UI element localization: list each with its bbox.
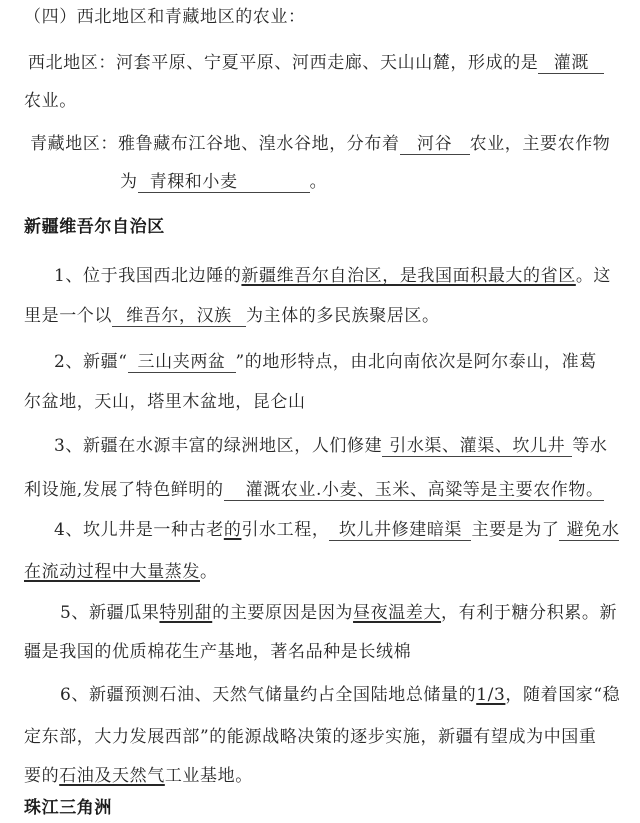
text: 为主体的多民族聚居区。: [246, 306, 440, 326]
text: 。这: [576, 266, 611, 286]
answer-blank: 避免水: [559, 520, 619, 541]
answer-blank: 河谷: [400, 134, 470, 155]
text: 2、新疆“: [54, 352, 128, 372]
answer-blank: 引水渠、灌渠、坎儿井: [382, 436, 572, 457]
item-4-cont: 在流动过程中大量蒸发。: [24, 561, 218, 583]
qingzang-line-cont: 为青稞和小麦。: [120, 171, 327, 193]
underlined-answer: 新疆维吾尔自治区，是我国面积最大的省区: [241, 266, 575, 286]
text: ，有利于糖分积累。新: [441, 603, 617, 623]
qingzang-line: 青藏地区：雅鲁藏布江谷地、湟水谷地，分布着河谷农业，主要农作物: [30, 133, 610, 155]
answer-blank: 灌溉农业.小麦、玉米、高粱等是主要农作物。: [224, 480, 604, 501]
underlined-answer: 特别甜: [159, 603, 212, 623]
text: 利设施,发展了特色鲜明的: [24, 480, 224, 500]
text: 4、坎儿井是一种古老: [54, 520, 224, 540]
text: 西北地区：河套平原、宁夏平原、河西走廊、天山山麓，形成的是: [28, 53, 538, 73]
underlined-word: 的: [224, 520, 242, 540]
item-4: 4、坎儿井是一种古老的引水工程，坎儿井修建暗渠主要是为了避免水: [54, 519, 619, 541]
item-6-cont: 定东部，大力发展西部”的能源战略决策的逐步实施，新疆有望成为中国重: [24, 726, 597, 748]
item-5-cont: 疆是我国的优质棉花生产基地，著名品种是长绒棉: [24, 641, 411, 663]
text: 主要是为了: [471, 520, 559, 540]
item-1: 1、位于我国西北边陲的新疆维吾尔自治区，是我国面积最大的省区。这: [54, 265, 611, 287]
item-3: 3、新疆在水源丰富的绿洲地区，人们修建引水渠、灌渠、坎儿井等水: [54, 435, 607, 457]
underlined-answer: 石油及天然气: [59, 766, 165, 786]
text: 要的: [24, 766, 59, 786]
answer-blank: 青稞和小麦: [138, 172, 310, 193]
northwest-line: 西北地区：河套平原、宁夏平原、河西走廊、天山山麓，形成的是灌溉: [28, 52, 604, 74]
item-5: 5、新疆瓜果特别甜的主要原因是因为昼夜温差大，有利于糖分积累。新: [60, 602, 617, 624]
text: 。: [200, 562, 218, 582]
item-2: 2、新疆“三山夹两盆”的地形特点，由北向南依次是阿尔泰山，准葛: [54, 351, 597, 373]
text: 。: [310, 172, 328, 192]
answer-blank: 灌溉: [538, 53, 604, 74]
item-2-cont: 尔盆地，天山，塔里木盆地，昆仑山: [24, 391, 306, 413]
text: 里是一个以: [24, 306, 112, 326]
heading-pearl-river-delta: 珠江三角洲: [24, 797, 112, 819]
text: 工业基地。: [165, 766, 253, 786]
answer-blank: 坎儿井修建暗渠: [329, 520, 471, 541]
answer-blank: 维吾尔，汉族: [112, 306, 246, 327]
text: 3、新疆在水源丰富的绿洲地区，人们修建: [54, 436, 382, 456]
text: 6、新疆预测石油、天然气储量约占全国陆地总储量的: [60, 685, 476, 705]
text: 的主要原因是因为: [212, 603, 353, 623]
text: 引水工程，: [241, 520, 329, 540]
text: 等水: [572, 436, 607, 456]
text: 农业，主要农作物: [470, 134, 611, 154]
heading-xinjiang: 新疆维吾尔自治区: [24, 216, 165, 238]
text: 为: [120, 172, 138, 192]
text: 青藏地区：雅鲁藏布江谷地、湟水谷地，分布着: [30, 134, 400, 154]
underlined-answer: 在流动过程中大量蒸发: [24, 562, 200, 582]
underlined-answer: 昼夜温差大: [353, 603, 441, 623]
item-6-cont2: 要的石油及天然气工业基地。: [24, 765, 253, 787]
text: 1、位于我国西北边陲的: [54, 266, 241, 286]
item-6: 6、新疆预测石油、天然气储量约占全国陆地总储量的1/3，随着国家“稳: [60, 684, 620, 706]
underlined-answer: 1/3: [476, 685, 505, 705]
text: ，随着国家“稳: [505, 685, 620, 705]
item-3-cont: 利设施,发展了特色鲜明的灌溉农业.小麦、玉米、高粱等是主要农作物。: [24, 479, 604, 501]
item-1-cont: 里是一个以维吾尔，汉族为主体的多民族聚居区。: [24, 305, 440, 327]
northwest-line-cont: 农业。: [24, 90, 77, 112]
section-title: （四）西北地区和青藏地区的农业：: [24, 6, 306, 28]
answer-blank: 三山夹两盆: [128, 352, 236, 373]
text: 5、新疆瓜果: [60, 603, 159, 623]
text: ”的地形特点，由北向南依次是阿尔泰山，准葛: [236, 352, 597, 372]
